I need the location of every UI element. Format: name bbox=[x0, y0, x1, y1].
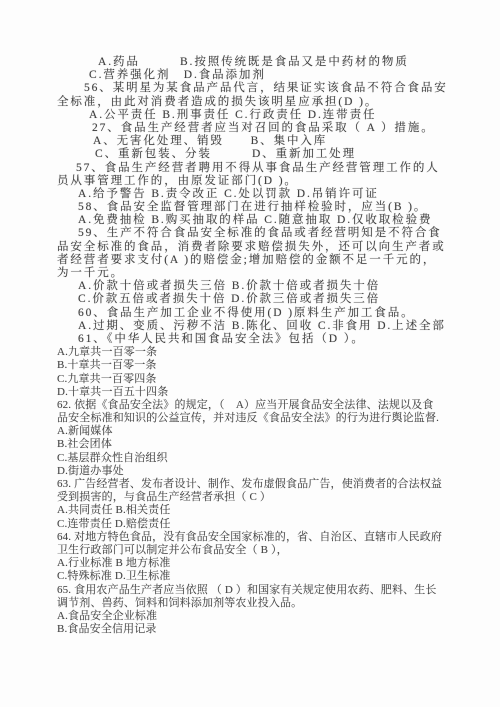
text-line: C、重新包装、分装 D、重新加工处理 bbox=[57, 148, 467, 161]
text-line: 27、食品生产经营者应当对召回的食品采取（ A ）措施。 bbox=[57, 122, 467, 135]
text-line: 59、生产不符合食品安全标准的食品或者经营明知是不符合食 bbox=[57, 227, 467, 240]
text-line: A.九章共一百零一条 bbox=[57, 346, 467, 359]
text-line: 64. 对地方特色食品，没有食品安全国家标准的，省、自治区、直辖市人民政府 bbox=[57, 531, 467, 544]
exam-text-body: A.药品 B.按照传统既是食品又是中药材的物质C.营养强化剂 D.食品添加剂56… bbox=[57, 56, 467, 636]
text-line: 为一千元。 bbox=[57, 267, 467, 280]
text-line: D.十章共一百五十四条 bbox=[57, 386, 467, 399]
text-line: 58、食品安全监督管理部门在进行抽样检验时，应当(B )。 bbox=[57, 201, 467, 214]
text-line: 57、食品生产经营者聘用不得从事食品生产经营管理工作的人 bbox=[57, 162, 467, 175]
text-line: 者经营者要求支付(A )的赔偿金;增加赔偿的金额不足一千元的， bbox=[57, 254, 467, 267]
text-line: C.特殊标准 D.卫生标准 bbox=[57, 570, 467, 583]
text-line: 受到损害的，与食品生产经营者承担（ C ） bbox=[57, 491, 467, 504]
text-line: C.营养强化剂 D.食品添加剂 bbox=[57, 69, 467, 82]
text-line: 员从事管理工作的，由原发证部门(D )。 bbox=[57, 175, 467, 188]
text-line: B.十章共一百零一条 bbox=[57, 359, 467, 372]
text-line: A.给予警告 B.责令改正 C.处以罚款 D.吊销许可证 bbox=[57, 188, 467, 201]
text-line: A.公平责任 B.刑事责任 C.行政责任 D.连带责任 bbox=[57, 109, 467, 122]
text-line: A.药品 B.按照传统既是食品又是中药材的物质 bbox=[57, 56, 467, 69]
text-line: C.价款五倍或者损失十倍 D.价款三倍或者损失三倍 bbox=[57, 293, 467, 306]
document-page: A.药品 B.按照传统既是食品又是中药材的物质C.营养强化剂 D.食品添加剂56… bbox=[0, 0, 500, 707]
text-line: B.社会团体 bbox=[57, 438, 467, 451]
text-line: 61、《中华人民共和国食品安全法》包括（D ）。 bbox=[57, 333, 467, 346]
question-block-upper: A.药品 B.按照传统既是食品又是中药材的物质C.营养强化剂 D.食品添加剂56… bbox=[57, 56, 467, 346]
text-line: B.食品安全信用记录 bbox=[57, 623, 467, 636]
text-line: C.九章共一百零四条 bbox=[57, 373, 467, 386]
text-line: A.共同责任 B.相关责任 bbox=[57, 504, 467, 517]
text-line: 全标准，由此对消费者造成的损失该明星应承担(D )。 bbox=[57, 96, 467, 109]
text-line: A.免费抽检 B.购买抽取的样品 C.随意抽取 D.仅收取检验费 bbox=[57, 214, 467, 227]
text-line: A.新闻媒体 bbox=[57, 425, 467, 438]
text-line: A.过期、变质、污秽不洁 B.陈化、回收 C.非食用 D.上述全部 bbox=[57, 320, 467, 333]
text-line: 品安全标准的食品，消费者除要求赔偿损失外，还可以向生产者或 bbox=[57, 241, 467, 254]
text-line: C.连带责任 D.赔偿责任 bbox=[57, 518, 467, 531]
text-line: 56、某明星为某食品产品代言，结果证实该食品不符合食品安 bbox=[57, 82, 467, 95]
text-line: A.行业标准 B 地方标准 bbox=[57, 557, 467, 570]
text-line: 60、食品生产加工企业不得使用(D )原料生产加工食品。 bbox=[57, 307, 467, 320]
text-line: A.价款十倍或者损失三倍 B.价款十倍或者损失十倍 bbox=[57, 280, 467, 293]
text-line: 65. 食用农产品生产者应当依照 （ D ）和国家有关规定使用农药、肥料、生长 bbox=[57, 584, 467, 597]
question-block-lower: A.九章共一百零一条B.十章共一百零一条C.九章共一百零四条D.十章共一百五十四… bbox=[57, 346, 467, 636]
text-line: 品安全标准和知识的公益宣传，并对违反《食品安全法》的行为进行舆论监督. bbox=[57, 412, 467, 425]
text-line: A、无害化处理、销毁 B、集中入库 bbox=[57, 135, 467, 148]
text-line: A.食品安全企业标准 bbox=[57, 610, 467, 623]
text-line: 卫生行政部门可以制定并公布食品安全（ B ）， bbox=[57, 544, 467, 557]
text-line: C.基层群众性自治组织 bbox=[57, 452, 467, 465]
text-line: 63. 广告经营者、发布者设计、制作、发布虚假食品广告，使消费者的合法权益 bbox=[57, 478, 467, 491]
text-line: 调节剂、兽药、饲料和饲料添加剂等农业投入品。 bbox=[57, 597, 467, 610]
text-line: 62. 依据《食品安全法》的规定，（ A）应当开展食品安全法律、法规以及食 bbox=[57, 399, 467, 412]
text-line: D.街道办事处 bbox=[57, 465, 467, 478]
